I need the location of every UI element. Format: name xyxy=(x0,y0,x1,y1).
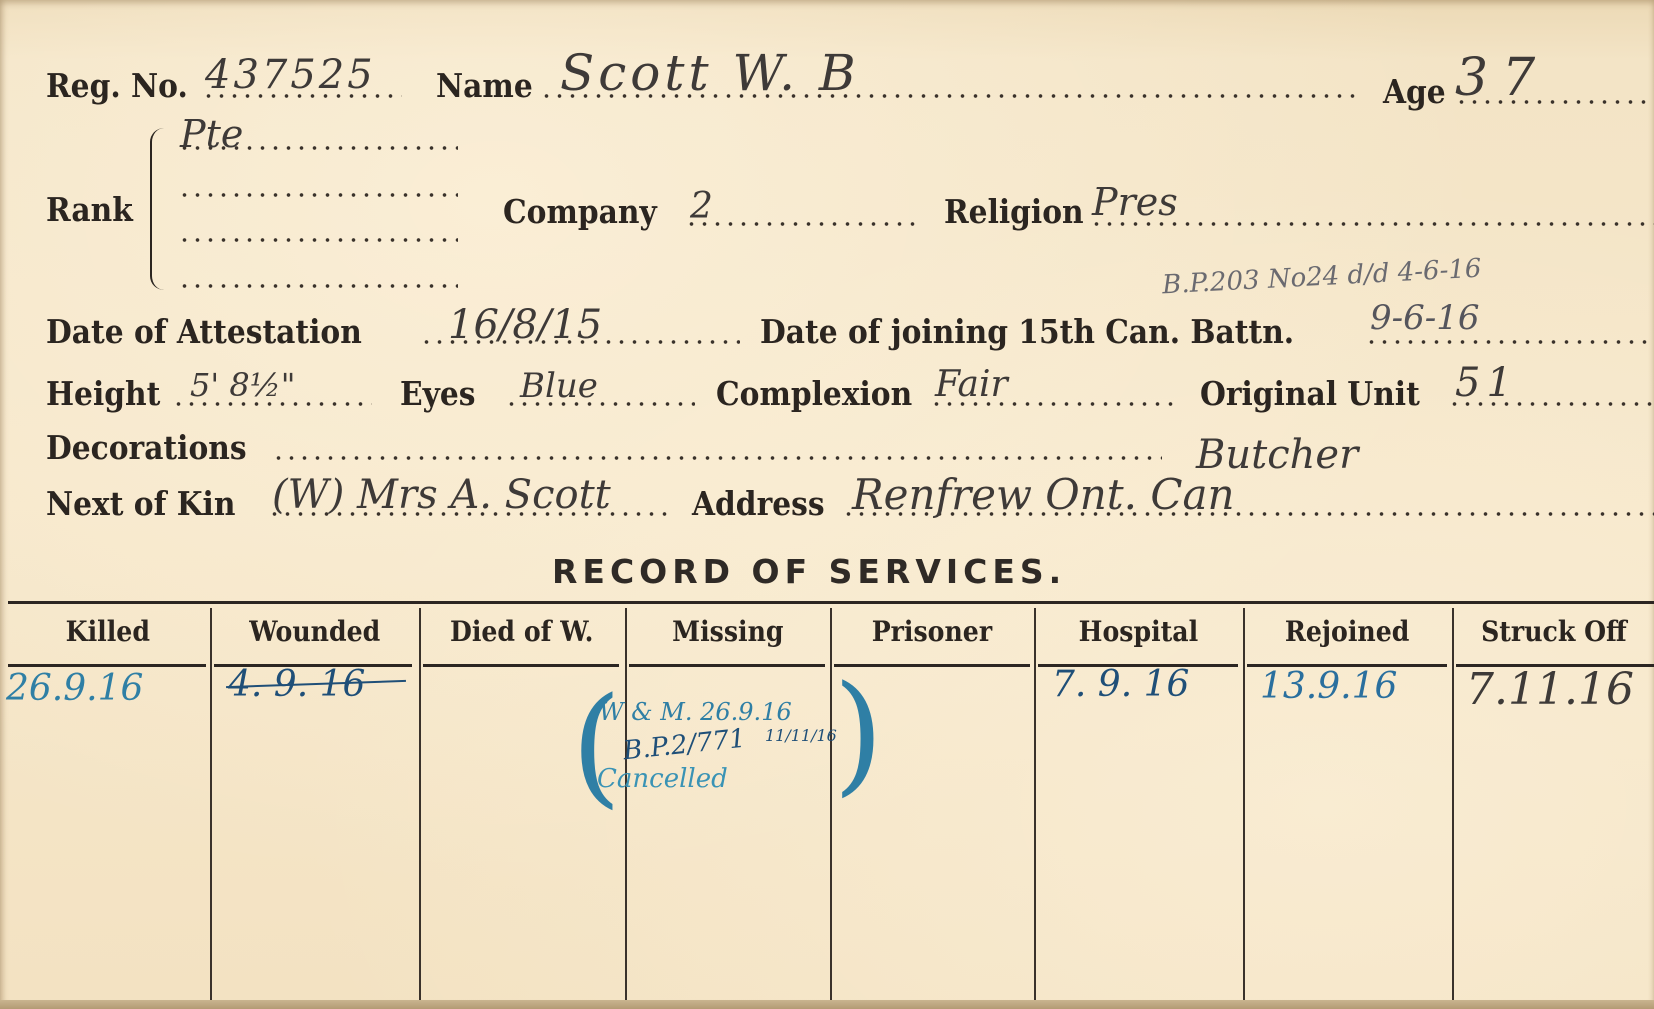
height-label: Height xyxy=(46,374,160,413)
column-divider xyxy=(419,608,421,1008)
missing-column-annotation: ( ) W & M. 26.9.16 B.P.2/771 11/11/16 Ca… xyxy=(585,692,865,822)
hospital-value: 7. 9. 16 xyxy=(1052,664,1189,705)
height-value: 5' 8½" xyxy=(190,366,295,404)
rejoined-value: 13.9.16 xyxy=(1260,666,1397,707)
age-label: Age xyxy=(1383,72,1446,111)
address-value: Renfrew Ont. Can xyxy=(852,470,1235,519)
decorations-dots xyxy=(272,456,1162,460)
header-underline xyxy=(8,664,206,667)
rank-value: Pte xyxy=(180,112,243,156)
table-top-rule xyxy=(8,601,1654,604)
missing-note-line-1: W & M. 26.9.16 xyxy=(599,698,792,726)
reg-no-value: 437525 xyxy=(205,52,376,98)
original-unit-value: 51 xyxy=(1455,360,1518,406)
next-of-kin-value: (W) Mrs A. Scott xyxy=(272,472,611,518)
close-paren: ) xyxy=(833,668,884,798)
attestation-value: 16/8/15 xyxy=(448,302,602,348)
joining-value: 9-6-16 xyxy=(1370,298,1480,338)
name-label: Name xyxy=(436,66,533,105)
missing-note-line-2: B.P.2/771 xyxy=(622,724,747,767)
column-divider xyxy=(1034,608,1036,1008)
bp-annotation: B.P.203 No24 d/d 4-6-16 xyxy=(1161,254,1482,301)
column-header-wounded: Wounded xyxy=(212,615,417,659)
company-dots xyxy=(685,222,920,226)
record-of-services-title: RECORD OF SERVICES. xyxy=(552,552,1066,591)
next-of-kin-label: Next of Kin xyxy=(46,484,235,523)
struck-off-value: 7.11.16 xyxy=(1466,664,1634,715)
rank-bracket xyxy=(150,128,168,290)
column-divider xyxy=(1452,608,1454,1008)
company-value: 2 xyxy=(690,186,713,227)
rank-line-4 xyxy=(178,284,458,288)
religion-label: Religion xyxy=(944,192,1084,231)
address-label: Address xyxy=(692,484,825,523)
column-header-died-of-wounds: Died of W. xyxy=(421,615,623,659)
column-header-prisoner: Prisoner xyxy=(832,615,1032,659)
complexion-label: Complexion xyxy=(716,374,912,413)
eyes-value: Blue xyxy=(520,366,598,406)
joining-label: Date of joining 15th Can. Battn. xyxy=(760,312,1294,351)
missing-note-line-2-suffix: 11/11/16 xyxy=(765,726,837,745)
header-underline xyxy=(629,664,825,667)
header-underline xyxy=(423,664,619,667)
column-header-hospital: Hospital xyxy=(1036,615,1241,659)
company-label: Company xyxy=(503,192,657,231)
killed-value: 26.9.16 xyxy=(6,668,143,709)
service-record-card: Reg. No. 437525 Name Scott W. B Age 37 R… xyxy=(0,0,1654,1009)
joining-dots xyxy=(1365,340,1654,344)
column-header-killed: Killed xyxy=(8,615,208,659)
rank-label: Rank xyxy=(46,190,133,229)
original-unit-label: Original Unit xyxy=(1200,374,1420,413)
column-header-struck-off: Struck Off xyxy=(1454,615,1654,659)
decorations-label: Decorations xyxy=(46,428,247,467)
age-value: 37 xyxy=(1455,48,1549,108)
missing-note-line-3: Cancelled xyxy=(597,764,728,794)
column-header-missing: Missing xyxy=(627,615,828,659)
attestation-label: Date of Attestation xyxy=(46,312,362,351)
column-header-rejoined: Rejoined xyxy=(1245,615,1450,659)
religion-value: Pres xyxy=(1092,180,1178,224)
column-divider xyxy=(1243,608,1245,1008)
reg-no-label: Reg. No. xyxy=(46,66,188,105)
eyes-label: Eyes xyxy=(400,374,476,413)
name-value: Scott W. B xyxy=(560,44,860,102)
rank-line-2 xyxy=(178,193,458,197)
card-bottom-edge xyxy=(0,1000,1654,1009)
complexion-value: Fair xyxy=(935,364,1008,405)
column-divider xyxy=(210,608,212,1008)
rank-line-3 xyxy=(178,238,458,242)
